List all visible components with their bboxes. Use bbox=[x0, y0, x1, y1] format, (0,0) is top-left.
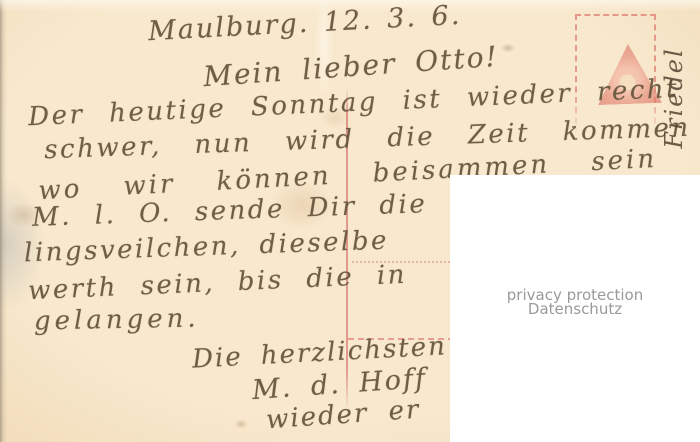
postcard-scan: Maulburg. 12. 3. 6. Mein lieber Otto! De… bbox=[0, 0, 700, 442]
dateline: Maulburg. 12. 3. 6. bbox=[147, 0, 462, 47]
handwriting-line: werth sein, bis die in bbox=[28, 260, 408, 307]
privacy-text-de: Datenschutz bbox=[450, 302, 700, 316]
handwriting-line: gelangen. bbox=[34, 304, 200, 337]
privacy-overlay: privacy protection Datenschutz bbox=[450, 175, 700, 442]
